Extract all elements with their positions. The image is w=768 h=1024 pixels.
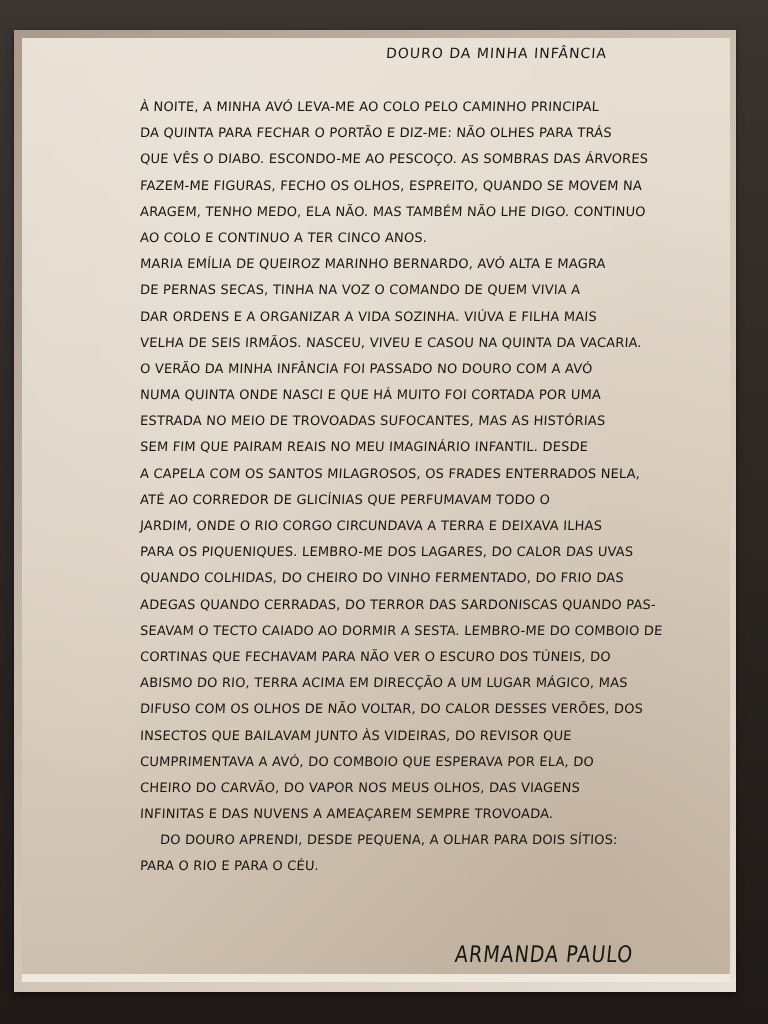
text-line: jardim, onde o rio Corgo circundava a te…	[139, 514, 710, 540]
text-line: O verão da minha infância foi passado no…	[139, 357, 710, 383]
text-line: estrada no meio de trovoadas sufocantes,…	[139, 409, 710, 435]
text-line: quando colhidas, do cheiro do vinho ferm…	[139, 566, 710, 592]
text-line: a capela com os santos milagrosos, os fr…	[139, 462, 710, 488]
text-line: abismo do rio, terra acima em direcção a…	[139, 671, 710, 697]
text-line: Maria Emília de Queiroz Marinho Bernardo…	[139, 252, 710, 278]
text-line: Do Douro aprendi, desde pequena, a olhar…	[139, 828, 710, 854]
text-line: cumprimentava a avó, do comboio que espe…	[139, 750, 710, 776]
text-line: cheiro do carvão, do vapor nos meus olho…	[139, 776, 710, 802]
text-line: À noite, a minha avó leva-me ao colo pel…	[139, 95, 710, 121]
text-line: insectos que bailavam junto às videiras,…	[139, 724, 710, 750]
manuscript-title: Douro da minha infância	[385, 46, 607, 62]
text-line: que vês o diabo. Escondo-me ao pescoço. …	[139, 147, 710, 173]
text-line: dar ordens e a organizar a vida sozinha.…	[139, 305, 710, 331]
text-line: sem fim que pairam reais no meu imaginár…	[139, 435, 710, 461]
text-line: aragem, tenho medo, ela não. Mas também …	[139, 200, 710, 226]
text-line: fazem-me figuras, fecho os olhos, esprei…	[139, 174, 710, 200]
text-line: para os piqueniques. Lembro-me dos lagar…	[139, 540, 710, 566]
paper-edge	[22, 974, 730, 982]
text-line: ao colo e continuo a ter cinco anos.	[139, 226, 710, 252]
text-line: adegas quando cerradas, do terror das sa…	[139, 593, 710, 619]
text-line: infinitas e das nuvens a ameaçarem sempr…	[139, 802, 710, 828]
text-line: seavam o tecto caiado ao dormir a sesta.…	[139, 619, 710, 645]
text-line: cortinas que fechavam para não ver o esc…	[139, 645, 710, 671]
text-line: até ao corredor de glicínias que perfuma…	[139, 488, 710, 514]
manuscript-body: À noite, a minha avó leva-me ao colo pel…	[140, 95, 710, 881]
text-line: velha de seis irmãos. Nasceu, viveu e ca…	[139, 331, 710, 357]
text-line: de pernas secas, tinha na voz o comando …	[139, 278, 710, 304]
text-line: difuso com os olhos de não voltar, do ca…	[139, 697, 710, 723]
text-line: da quinta para fechar o portão e diz-me:…	[139, 121, 710, 147]
text-line: numa quinta onde nasci e que há muito fo…	[139, 383, 710, 409]
author-signature: Armanda Paulo	[454, 942, 635, 968]
text-line: para o rio e para o céu.	[139, 854, 710, 880]
